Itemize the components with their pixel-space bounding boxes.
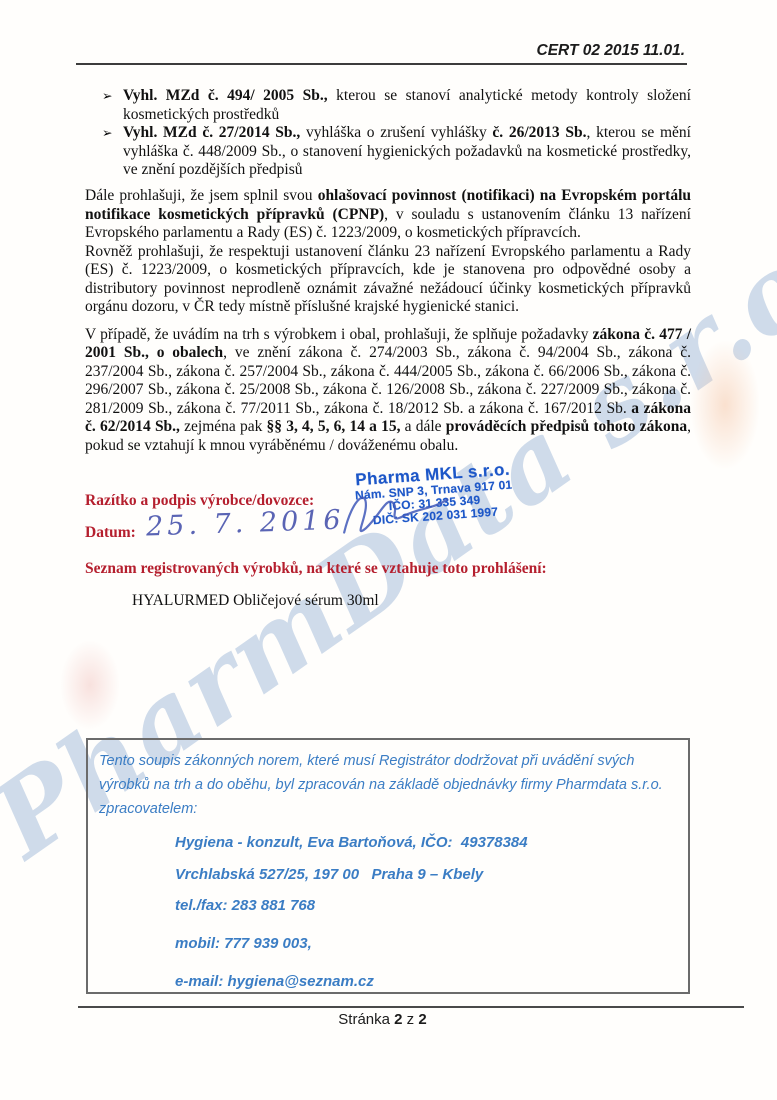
footer-divider (78, 1006, 744, 1008)
scan-smudge (690, 340, 760, 470)
product-name: HYALURMED Obličejové sérum 30ml (132, 592, 379, 610)
arrow-bullet-icon: ➢ (102, 124, 123, 180)
declaration-paragraphs: Dále prohlašuji, že jsem splnil svou ohl… (85, 187, 691, 455)
info-box-intro: Tento soupis zákonných norem, které musí… (99, 749, 674, 821)
contact-address-line: Vrchlabská 527/25, 197 00 Praha 9 – Kbel… (175, 866, 674, 883)
contact-email-line: e-mail: hygiena@seznam.cz (175, 973, 674, 990)
scanned-document-page: PharmData s.r.o. CERT 02 2015 11.01. ➢ V… (0, 0, 777, 1100)
bullet-text: Vyhl. MZd č. 27/2014 Sb., vyhláška o zru… (123, 124, 691, 180)
arrow-bullet-icon: ➢ (102, 87, 123, 124)
registrar-info-box: Tento soupis zákonných norem, které musí… (86, 738, 690, 994)
header-divider (76, 63, 687, 65)
bullet-text: Vyhl. MZd č. 494/ 2005 Sb., kterou se st… (123, 87, 691, 124)
regulation-bullet-list: ➢ Vyhl. MZd č. 494/ 2005 Sb., kterou se … (102, 87, 691, 180)
bullet-item: ➢ Vyhl. MZd č. 494/ 2005 Sb., kterou se … (102, 87, 691, 124)
contact-company-line: Hygiena - konzult, Eva Bartoňová, IČO: 4… (175, 834, 674, 851)
contact-mobile-line: mobil: 777 939 003, (175, 935, 674, 952)
contact-telfax-line: tel./fax: 283 881 768 (175, 897, 674, 914)
paragraph-article-23: Rovněž prohlašuji, že respektuji ustanov… (85, 243, 691, 317)
date-label: Datum: (85, 524, 136, 542)
document-code: CERT 02 2015 11.01. (537, 42, 686, 60)
paragraph-packaging-law: V případě, že uvádím na trh s výrobkem i… (85, 326, 691, 456)
paragraph-cpnp-notification: Dále prohlašuji, že jsem splnil svou ohl… (85, 187, 691, 243)
scan-smudge (60, 640, 120, 730)
handwritten-date: 25. 7. 2016 (146, 505, 346, 543)
bullet-item: ➢ Vyhl. MZd č. 27/2014 Sb., vyhláška o z… (102, 124, 691, 180)
page-number: Stránka 2 z 2 (0, 1011, 765, 1028)
registered-products-heading: Seznam registrovaných výrobků, na které … (85, 560, 547, 578)
